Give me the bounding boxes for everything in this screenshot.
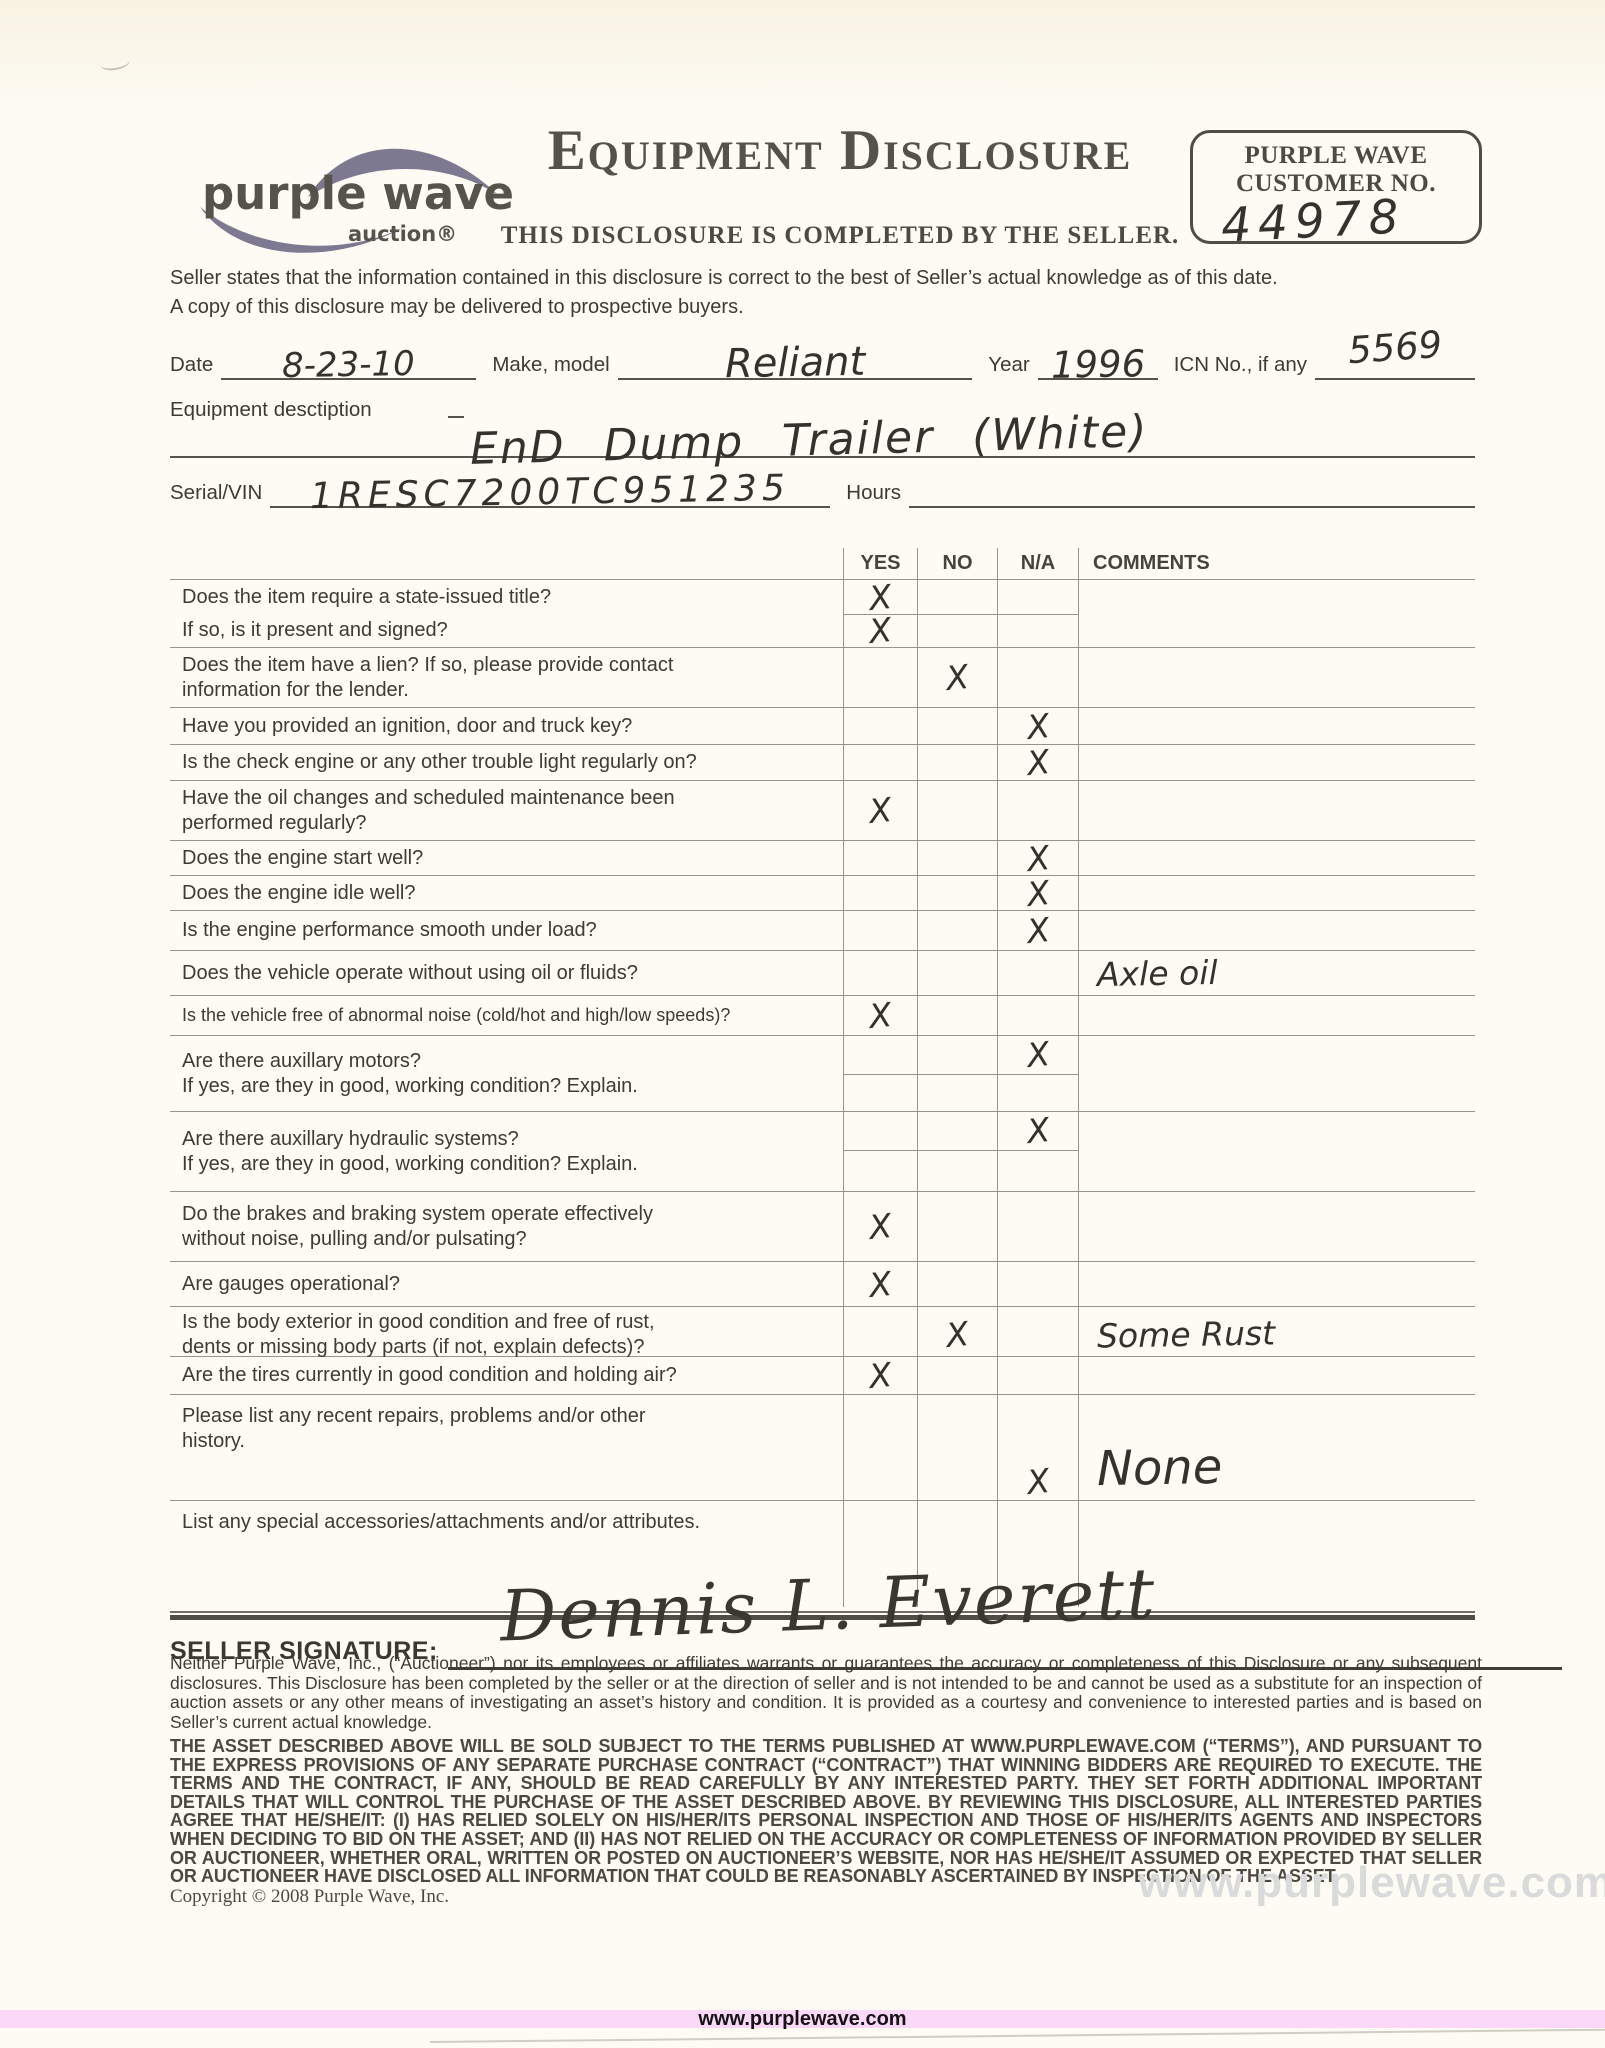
date-label: Date [170, 353, 213, 380]
footer-url-text: www.purplewave.com [698, 2010, 906, 2028]
handwritten-x-mark: X [1025, 1113, 1051, 1148]
serial-vin-field: 1RESC7200TC951235 [270, 477, 830, 508]
handwritten-customer-number: 44978 [1220, 189, 1407, 254]
seller-statement-line2: A copy of this disclosure may be deliver… [170, 293, 1490, 322]
question-cell: Have you provided an ignition, door and … [170, 708, 843, 744]
yes-cell [843, 708, 917, 744]
handwritten-x-mark: X [868, 1266, 894, 1301]
na-cell [997, 614, 1078, 647]
hours-label: Hours [846, 481, 901, 508]
no-cell [917, 841, 997, 875]
yes-cell: X [843, 1192, 917, 1261]
no-cell [917, 1192, 997, 1261]
na-cell [997, 648, 1078, 707]
date-field: 8-23-10 [221, 350, 476, 380]
na-cell: X [997, 911, 1078, 950]
handwritten-x-mark: X [1025, 1037, 1051, 1072]
handwritten-x-mark: X [1025, 1464, 1051, 1499]
table-row: Please list any recent repairs, problems… [170, 1395, 1475, 1501]
question-text: Are gauges operational? [182, 1272, 831, 1297]
question-cell: Does the vehicle operate without using o… [170, 951, 843, 995]
yes-cell: X [843, 1262, 917, 1306]
yes-cell [843, 876, 917, 910]
no-cell [917, 745, 997, 780]
question-text: dents or missing body parts (if not, exp… [182, 1335, 831, 1360]
table-row: Does the engine idle well?X [170, 876, 1475, 911]
question-cell: Are there auxillary motors?If yes, are t… [170, 1036, 843, 1111]
comments-cell [1078, 876, 1475, 910]
na-cell: X [997, 876, 1078, 910]
question-cell: Are there auxillary hydraulic systems?If… [170, 1112, 843, 1191]
question-text: If yes, are they in good, working condit… [182, 1152, 831, 1177]
question-text: Does the engine idle well? [182, 881, 831, 906]
na-cell [997, 1307, 1078, 1362]
question-cell: If so, is it present and signed? [170, 614, 843, 647]
comments-cell [1078, 996, 1475, 1035]
yes-cell [843, 841, 917, 875]
question-cell: Do the brakes and braking system operate… [170, 1192, 843, 1261]
question-cell: Does the engine idle well? [170, 876, 843, 910]
handwritten-x-mark: X [868, 1209, 894, 1244]
question-cell: Please list any recent repairs, problems… [170, 1395, 843, 1500]
handwritten-x-mark: X [945, 1317, 971, 1352]
question-cell: Does the item have a lien? If so, please… [170, 648, 843, 707]
no-cell [917, 1395, 997, 1500]
seller-statement: Seller states that the information conta… [170, 264, 1490, 322]
table-row: Are the tires currently in good conditio… [170, 1357, 1475, 1395]
no-cell [917, 1112, 997, 1191]
year-label: Year [988, 353, 1029, 380]
question-text: Are there auxillary motors? [182, 1049, 831, 1074]
page-subtitle: THIS DISCLOSURE IS COMPLETED BY THE SELL… [445, 222, 1235, 250]
table-row: Does the vehicle operate without using o… [170, 951, 1475, 996]
seller-statement-line1: Seller states that the information conta… [170, 264, 1490, 293]
na-cell: X [997, 708, 1078, 744]
no-cell [917, 876, 997, 910]
table-row: Is the vehicle free of abnormal noise (c… [170, 996, 1475, 1036]
na-cell: X [997, 841, 1078, 875]
table-row: Have you provided an ignition, door and … [170, 708, 1475, 745]
handwritten-x-mark: X [1025, 745, 1051, 780]
table-row: Does the engine start well?X [170, 841, 1475, 876]
scan-top-shading [0, 0, 1605, 115]
handwritten-comment: Axle oil [1097, 952, 1218, 993]
equipment-description-field: EnD Dump Trailer (White) [170, 400, 1475, 458]
table-row: Do the brakes and braking system operate… [170, 1192, 1475, 1262]
icn-label: ICN No., if any [1174, 353, 1307, 380]
comments-cell [1078, 1112, 1475, 1191]
mark-columns-divider [843, 1074, 1078, 1075]
question-text: Is the body exterior in good condition a… [182, 1310, 831, 1335]
question-text: history. [182, 1429, 831, 1454]
handwritten-x-mark: X [868, 998, 894, 1033]
na-cell [997, 951, 1078, 995]
yes-column-header: YES [843, 548, 917, 579]
table-row: Is the engine performance smooth under l… [170, 911, 1475, 951]
question-text: Are there auxillary hydraulic systems? [182, 1127, 831, 1152]
yes-cell [843, 1112, 917, 1191]
comments-cell: None [1078, 1395, 1475, 1500]
na-cell [997, 580, 1078, 614]
comments-cell [1078, 648, 1475, 707]
disclaimer-paragraph: Neither Purple Wave, Inc., (“Auctioneer”… [170, 1654, 1482, 1732]
question-text: If yes, are they in good, working condit… [182, 1074, 831, 1099]
no-cell [917, 708, 997, 744]
handwritten-date: 8-23-10 [282, 349, 415, 382]
question-cell: Is the check engine or any other trouble… [170, 745, 843, 780]
question-cell: Are the tires currently in good conditio… [170, 1357, 843, 1394]
yes-cell [843, 951, 917, 995]
serial-vin-label: Serial/VIN [170, 481, 262, 508]
handwritten-icn: 5569 [1347, 327, 1443, 367]
na-column-header: N/A [997, 548, 1078, 579]
question-text: Have the oil changes and scheduled maint… [182, 786, 831, 811]
na-cell [997, 996, 1078, 1035]
na-cell: X [997, 1112, 1078, 1191]
question-text: Is the vehicle free of abnormal noise (c… [182, 1003, 831, 1028]
question-cell: Does the item require a state-issued tit… [170, 580, 843, 614]
table-body: Does the item require a state-issued tit… [170, 580, 1475, 1607]
table-row: Is the body exterior in good condition a… [170, 1307, 1475, 1357]
scan-edge-line [430, 2029, 1605, 2043]
na-cell [997, 1192, 1078, 1261]
yes-cell [843, 745, 917, 780]
handwritten-x-mark: X [868, 793, 894, 828]
question-cell: Is the engine performance smooth under l… [170, 911, 843, 950]
handwritten-description: EnD Dump Trailer (White) [469, 406, 1149, 475]
comments-cell [1078, 745, 1475, 780]
question-text: Does the vehicle operate without using o… [182, 961, 831, 986]
table-row: Is the check engine or any other trouble… [170, 745, 1475, 781]
handwritten-x-mark: X [1025, 708, 1051, 743]
field-row-serial-hours: Serial/VIN 1RESC7200TC951235 Hours [170, 468, 1475, 508]
question-cell: Is the body exterior in good condition a… [170, 1307, 843, 1362]
question-cell: Have the oil changes and scheduled maint… [170, 781, 843, 840]
page-title: Equipment Disclosure [445, 118, 1235, 183]
no-cell [917, 781, 997, 840]
na-cell [997, 1357, 1078, 1394]
hours-field [909, 506, 1475, 508]
handwritten-comment: Some Rust [1097, 1313, 1276, 1355]
question-text: performed regularly? [182, 811, 831, 836]
comments-cell [1078, 1036, 1475, 1111]
field-row-date-make-year-icn: Date 8-23-10 Make, model Reliant Year 19… [170, 340, 1475, 380]
comments-cell [1078, 1192, 1475, 1261]
question-text: Does the item have a lien? If so, please… [182, 653, 831, 678]
make-model-label: Make, model [492, 353, 609, 380]
na-cell: X [997, 1395, 1078, 1500]
disclosure-table: YES NO N/A COMMENTS Does the item requir… [170, 548, 1475, 1620]
no-cell [917, 996, 997, 1035]
handwritten-make-model: Reliant [725, 344, 866, 382]
yes-cell: X [843, 614, 917, 647]
question-text: Is the engine performance smooth under l… [182, 918, 831, 943]
question-text: Have you provided an ignition, door and … [182, 714, 831, 739]
comments-cell [1078, 841, 1475, 875]
yes-cell [843, 1395, 917, 1500]
comments-cell [1078, 580, 1475, 614]
no-cell [917, 580, 997, 614]
comments-cell [1078, 708, 1475, 744]
footer-bar: www.purplewave.com [0, 2010, 1605, 2028]
yes-cell [843, 648, 917, 707]
handwritten-comment: None [1097, 1439, 1223, 1497]
table-row: If so, is it present and signed?X [170, 614, 1475, 648]
table-row: Does the item have a lien? If so, please… [170, 648, 1475, 708]
logo-auction-text: auction® [348, 222, 457, 246]
customer-number-box: PURPLE WAVE CUSTOMER NO. 44978 [1190, 130, 1482, 244]
mark-columns-divider [843, 1150, 1078, 1151]
question-cell: Does the engine start well? [170, 841, 843, 875]
comments-cell: Axle oil [1078, 951, 1475, 995]
yes-cell [843, 1307, 917, 1362]
question-cell: Are gauges operational? [170, 1262, 843, 1306]
question-text: If so, is it present and signed? [182, 618, 831, 643]
handwritten-x-mark: X [1025, 840, 1051, 875]
scanned-document-page: purple wave auction® Equipment Disclosur… [0, 0, 1605, 2048]
question-text: Is the check engine or any other trouble… [182, 750, 831, 775]
handwritten-x-mark: X [1025, 913, 1051, 948]
make-model-field: Reliant [618, 345, 973, 380]
comments-cell [1078, 614, 1475, 647]
no-cell [917, 911, 997, 950]
question-text: Are the tires currently in good conditio… [182, 1363, 831, 1388]
table-row: Are there auxillary hydraulic systems?If… [170, 1112, 1475, 1192]
handwritten-x-mark: X [945, 660, 971, 695]
handwritten-x-mark: X [868, 613, 894, 648]
table-row: Have the oil changes and scheduled maint… [170, 781, 1475, 841]
yes-cell: X [843, 781, 917, 840]
copyright-line: Copyright © 2008 Purple Wave, Inc. [170, 1886, 449, 1908]
question-text: Please list any recent repairs, problems… [182, 1404, 831, 1429]
na-cell: X [997, 745, 1078, 780]
question-text: Does the item require a state-issued tit… [182, 585, 831, 610]
na-cell [997, 1262, 1078, 1306]
table-header-row: YES NO N/A COMMENTS [170, 548, 1475, 580]
no-column-header: NO [917, 548, 997, 579]
customer-box-label-line1: PURPLE WAVE [1193, 142, 1479, 170]
comments-cell [1078, 1357, 1475, 1394]
handwritten-x-mark: X [868, 1358, 894, 1393]
question-text: Does the engine start well? [182, 846, 831, 871]
comments-cell: Some Rust [1078, 1307, 1475, 1362]
table-row: Are gauges operational?X [170, 1262, 1475, 1307]
yes-cell: X [843, 580, 917, 614]
question-text: information for the lender. [182, 678, 831, 703]
comments-cell [1078, 911, 1475, 950]
question-text: Do the brakes and braking system operate… [182, 1202, 831, 1227]
comments-column-header: COMMENTS [1078, 548, 1475, 579]
handwritten-x-mark: X [1025, 875, 1051, 910]
year-field: 1996 [1038, 348, 1158, 380]
yes-cell: X [843, 1357, 917, 1394]
no-cell [917, 1262, 997, 1306]
question-cell: Is the vehicle free of abnormal noise (c… [170, 996, 843, 1035]
yes-cell: X [843, 996, 917, 1035]
no-cell: X [917, 1307, 997, 1362]
handwritten-year: 1996 [1050, 347, 1145, 382]
table-row: Are there auxillary motors?If yes, are t… [170, 1036, 1475, 1112]
no-cell [917, 1357, 997, 1394]
question-column-header [170, 548, 843, 579]
question-text: without noise, pulling and/or pulsating? [182, 1227, 831, 1252]
handwritten-serial: 1RESC7200TC951235 [310, 472, 790, 513]
icn-field: 5569 [1315, 331, 1475, 380]
question-text: List any special accessories/attachments… [182, 1510, 831, 1535]
comments-cell [1078, 781, 1475, 840]
no-cell: X [917, 648, 997, 707]
comments-cell [1078, 1262, 1475, 1306]
table-row: Does the item require a state-issued tit… [170, 580, 1475, 614]
no-cell [917, 951, 997, 995]
watermark-url-text: www.purplewave.com [1138, 1858, 1605, 1908]
na-cell [997, 781, 1078, 840]
yes-cell [843, 911, 917, 950]
no-cell [917, 614, 997, 647]
